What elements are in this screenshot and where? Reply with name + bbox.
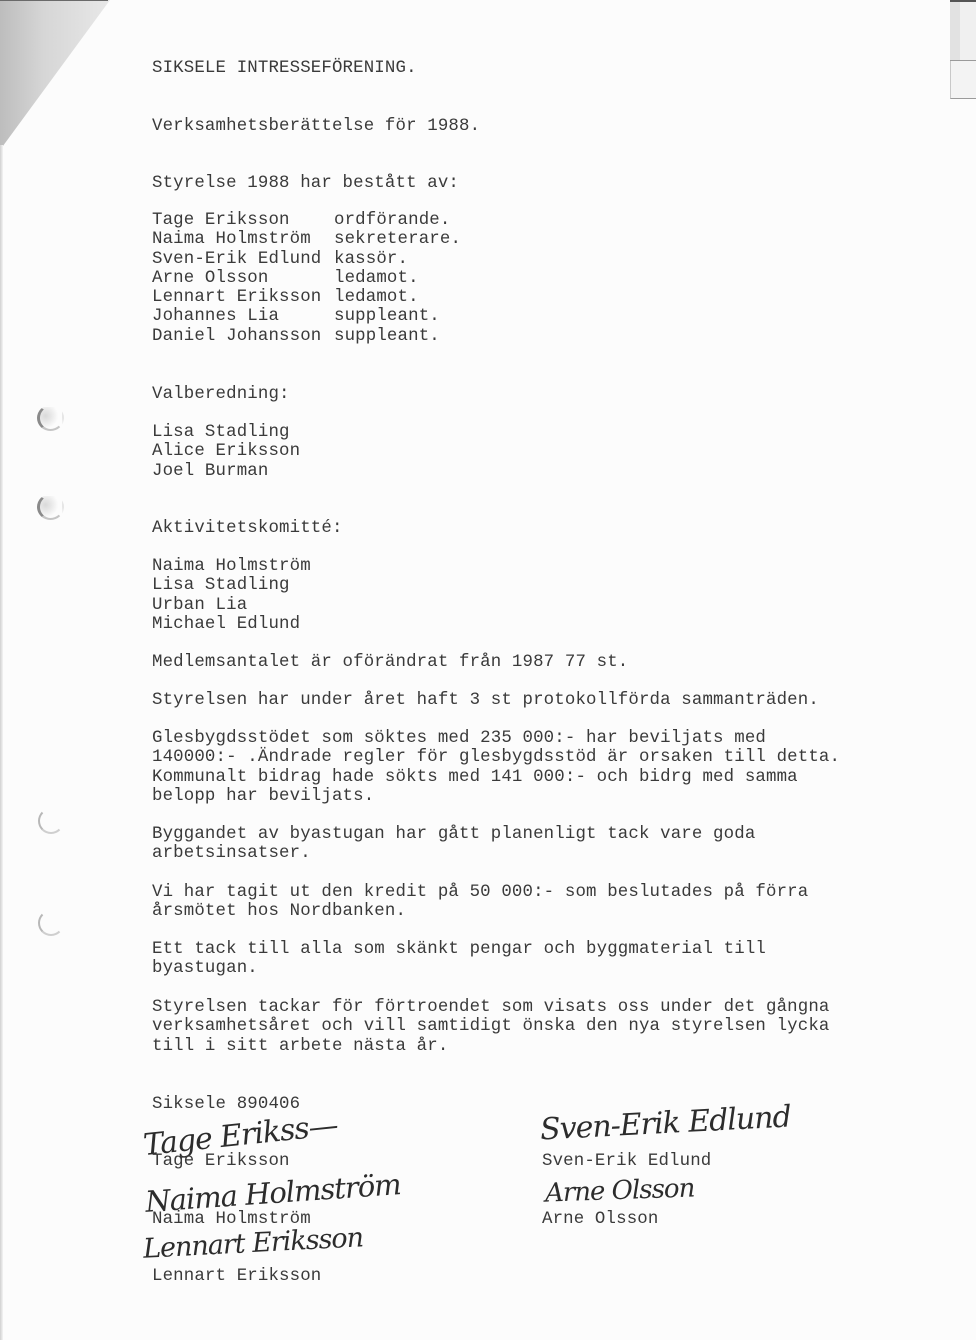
paragraph-line: Ett tack till alla som skänkt pengar och…	[152, 940, 766, 959]
paragraph-line: till i sitt arbete nästa år.	[152, 1037, 830, 1056]
paragraph-line: byastugan.	[152, 959, 766, 978]
page-left-edge	[0, 145, 3, 1340]
paragraph-line: Medlemsantalet är oförändrat från 1987 7…	[152, 653, 628, 672]
paragraph-line: Styrelsen har under året haft 3 st proto…	[152, 691, 819, 710]
committee-member: Naima Holmström	[152, 557, 311, 576]
signatory-name: Tage Eriksson	[152, 1152, 290, 1171]
board-heading: Styrelse 1988 har bestått av:	[152, 174, 459, 193]
board-member-role: kassör.	[334, 250, 408, 269]
board-member-name: Johannes Lia	[152, 307, 334, 326]
board-member-role: ledamot.	[334, 288, 419, 307]
paragraph-line: Kommunalt bidrag hade sökts med 141 000:…	[152, 768, 840, 787]
board-member-name: Daniel Johansson	[152, 327, 334, 346]
committee-member: Urban Lia	[152, 596, 311, 615]
paragraph-line: arbetsinsatser.	[152, 844, 755, 863]
organization-name: SIKSELE INTRESSEFÖRENING.	[152, 59, 417, 78]
committee-member: Lisa Stadling	[152, 423, 300, 442]
board-member-role: ordförande.	[334, 211, 450, 230]
signatory-name: Naima Holmström	[152, 1210, 311, 1229]
paragraph-line: Styrelsen tackar för förtroendet som vis…	[152, 998, 830, 1017]
activity-committee-list: Naima Holmström Lisa Stadling Urban Lia …	[152, 557, 311, 634]
board-member-name: Sven-Erik Edlund	[152, 250, 334, 269]
board-member-name: Tage Eriksson	[152, 211, 334, 230]
paragraph-line: årsmötet hos Nordbanken.	[152, 902, 808, 921]
board-member: Sven-Erik Edlund kassör.	[152, 250, 461, 269]
paragraph-line: Byggandet av byastugan har gått planenli…	[152, 825, 755, 844]
board-member: Arne Olsson ledamot.	[152, 269, 461, 288]
signatory-name: Arne Olsson	[542, 1210, 658, 1229]
board-member: Lennart Eriksson ledamot.	[152, 288, 461, 307]
punch-hole	[38, 808, 64, 834]
scanned-page: SIKSELE INTRESSEFÖRENING. Verksamhetsber…	[0, 0, 976, 1340]
committee-member: Lisa Stadling	[152, 576, 311, 595]
board-member-role: suppleant.	[334, 307, 440, 326]
paragraph-line: Vi har tagit ut den kredit på 50 000:- s…	[152, 883, 808, 902]
paragraph-line: 140000:- .Ändrade regler för glesbygdsst…	[152, 748, 840, 767]
board-member-role: suppleant.	[334, 327, 440, 346]
nomination-heading: Valberedning:	[152, 385, 290, 404]
signature-text: Arne Olsson	[545, 1173, 695, 1208]
committee-member: Michael Edlund	[152, 615, 311, 634]
paragraph-line: belopp har beviljats.	[152, 787, 840, 806]
nomination-committee-list: Lisa Stadling Alice Eriksson Joel Burman	[152, 423, 300, 481]
board-member: Daniel Johansson suppleant.	[152, 327, 461, 346]
place-date: Siksele 890406	[152, 1095, 300, 1114]
board-list: Tage Eriksson ordförande. Naima Holmströ…	[152, 211, 461, 346]
signature-text: Sven-Erik Edlund	[539, 1099, 791, 1147]
paragraph-closing: Styrelsen tackar för förtroendet som vis…	[152, 998, 830, 1056]
signatory-name: Sven-Erik Edlund	[542, 1152, 711, 1171]
paragraph-members: Medlemsantalet är oförändrat från 1987 7…	[152, 653, 628, 672]
board-member-name: Lennart Eriksson	[152, 288, 334, 307]
signature-sven-erik-edlund: Sven-Erik Edlund	[539, 1099, 791, 1147]
document-title: Verksamhetsberättelse för 1988.	[152, 117, 480, 136]
committee-member: Alice Eriksson	[152, 442, 300, 461]
paragraph-credit: Vi har tagit ut den kredit på 50 000:- s…	[152, 883, 808, 922]
paragraph-meetings: Styrelsen har under året haft 3 st proto…	[152, 691, 819, 710]
board-member: Johannes Lia suppleant.	[152, 307, 461, 326]
board-member-role: sekreterare.	[334, 230, 461, 249]
signature-arne-olsson: Arne Olsson	[545, 1173, 695, 1208]
board-member-name: Naima Holmström	[152, 230, 334, 249]
folded-corner	[0, 0, 110, 150]
board-member: Naima Holmström sekreterare.	[152, 230, 461, 249]
paragraph-thanks: Ett tack till alla som skänkt pengar och…	[152, 940, 766, 979]
board-member: Tage Eriksson ordförande.	[152, 211, 461, 230]
paragraph-line: Glesbygdsstödet som söktes med 235 000:-…	[152, 729, 840, 748]
activity-heading: Aktivitetskomitté:	[152, 519, 343, 538]
page-tab-corner-inner	[950, 0, 976, 61]
page-top-edge	[0, 0, 108, 1]
board-member-role: ledamot.	[334, 269, 419, 288]
committee-member: Joel Burman	[152, 462, 300, 481]
paragraph-construction: Byggandet av byastugan har gått planenli…	[152, 825, 755, 864]
paragraph-grants: Glesbygdsstödet som söktes med 235 000:-…	[152, 729, 840, 806]
punch-hole	[37, 405, 64, 431]
board-member-name: Arne Olsson	[152, 269, 334, 288]
punch-hole	[38, 910, 64, 936]
punch-hole	[37, 494, 64, 520]
page-tab-top-edge	[950, 0, 976, 2]
signatory-name: Lennart Eriksson	[152, 1267, 321, 1286]
paragraph-line: verksamhetsåret och vill samtidigt önska…	[152, 1017, 830, 1036]
